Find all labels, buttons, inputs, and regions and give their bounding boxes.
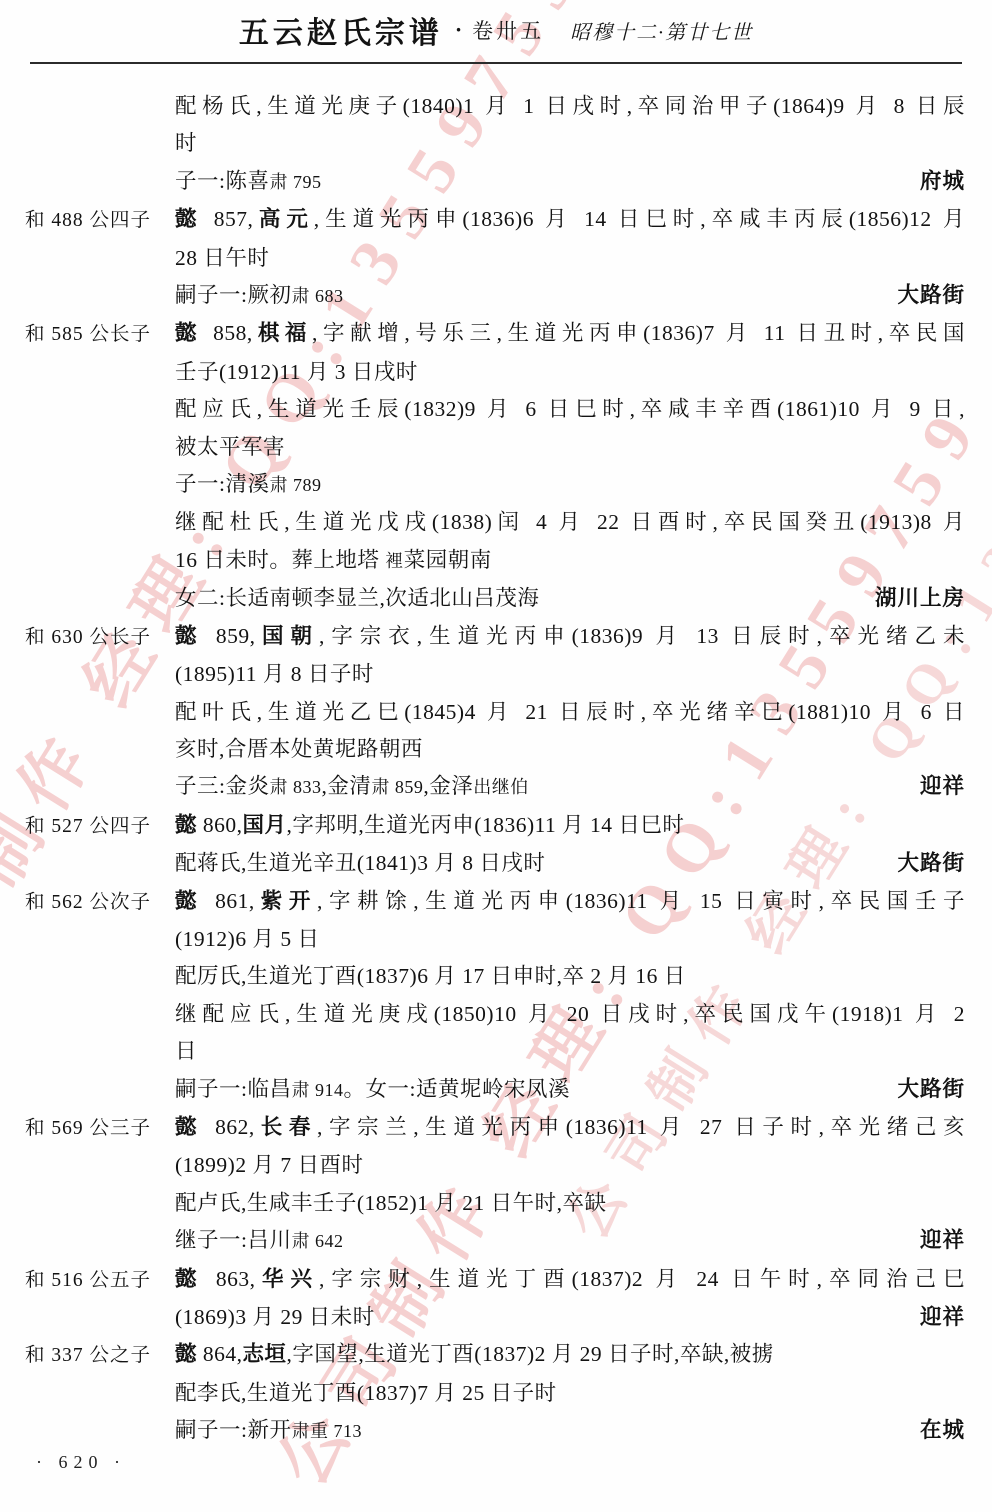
entry-text: (1895)11 月 8 日子时 [175,656,965,693]
generation-label: 和 516 公五子 [0,1262,175,1299]
residence-label: 迎祥 [920,1222,965,1259]
entry-line: 配叶氏,生道光乙巳(1845)4 月 21 日辰时,卒光绪辛巳(1881)10 … [0,694,965,731]
entry-text: (1869)3 月 29 日未时 [175,1299,910,1336]
entry-text: 配厉氏,生道光丁酉(1837)6 月 17 日申时,卒 2 月 16 日 [175,958,965,995]
entry-text: (1899)2 月 7 日酉时 [175,1147,965,1184]
residence-label: 迎祥 [920,768,965,805]
entry-text: 配李氏,生道光丁酉(1837)7 月 25 日子时 [175,1375,965,1412]
residence-label: 在城 [920,1412,965,1449]
entry-line: 和 516 公五子懿 863,华兴,字宗财,生道光丁酉(1837)2 月 24 … [0,1261,965,1299]
entry-line: 和 488 公四子懿 857,高元,生道光丙申(1836)6 月 14 日巳时,… [0,201,965,239]
entry-text: 嗣子一:厥初肃 683 [175,277,887,315]
entry-line: (1899)2 月 7 日酉时 [0,1147,965,1184]
generation-label: 和 527 公四子 [0,808,175,845]
entry-text: 配应氏,生道光壬辰(1832)9 月 6 日巳时,卒咸丰辛酉(1861)10 月… [175,391,965,428]
entry-text: 懿 858,棋福,字献增,号乐三,生道光丙申(1836)7 月 11 日丑时,卒… [175,315,965,352]
entry-text: 亥时,合厝本处黄坭路朝西 [175,731,965,768]
entry-line: 嗣子一:新开肃重 713在城 [0,1412,965,1450]
entry-text: 被太平军害 [175,429,965,466]
entry-line: 和 562 公次子懿 861,紫开,字耕馀,生道光丙申(1836)11 月 15… [0,883,965,921]
entry-text: 女二:长适南顿李显兰,次适北山吕茂海 [175,580,865,617]
page-header: 五云赵氏宗谱 · 卷卅五 昭穆十二·第廿七世 [0,0,992,60]
entry-text: 配叶氏,生道光乙巳(1845)4 月 21 日辰时,卒光绪辛巳(1881)10 … [175,694,965,731]
entry-text: 28 日午时 [175,240,965,277]
entry-line: 配应氏,生道光壬辰(1832)9 月 6 日巳时,卒咸丰辛酉(1861)10 月… [0,391,965,428]
rows: 配杨氏,生道光庚子(1840)1 月 1 日戌时,卒同治甲子(1864)9 月 … [0,88,965,1451]
entry-line: (1869)3 月 29 日未时迎祥 [0,1299,965,1336]
entry-line: 女二:长适南顿李显兰,次适北山吕茂海湖川上房 [0,580,965,617]
entry-text: 嗣子一:新开肃重 713 [175,1412,910,1450]
entry-text: 嗣子一:临昌肃 914。女一:适黄坭岭宋凤溪 [175,1071,887,1109]
entry-line: 继配杜氏,生道光戊戌(1838)闰 4 月 22 日酉时,卒民国癸丑(1913)… [0,504,965,541]
entry-line: 和 337 公之子懿 864,志垣,字国望,生道光丁酉(1837)2 月 29 … [0,1336,965,1374]
genealogy-page: 公司制作 经理: QQ:13559759 公司制作 经理: QQ:1355975… [0,0,992,1512]
entry-line: (1912)6 月 5 日 [0,921,965,958]
entry-line: 继子一:吕川肃 642迎祥 [0,1222,965,1260]
generation-label: 和 585 公长子 [0,316,175,353]
entry-text: 懿 862,长春,字宗兰,生道光丙申(1836)11 月 27 日子时,卒光绪己… [175,1109,965,1146]
entry-line: 配厉氏,生道光丁酉(1837)6 月 17 日申时,卒 2 月 16 日 [0,958,965,995]
entry-line: 和 569 公三子懿 862,长春,字宗兰,生道光丙申(1836)11 月 27… [0,1109,965,1147]
entry-text: 16 日未时。葬上地塔 裡菜园朝南 [175,542,965,580]
entry-text: 懿 859,国朝,字宗衣,生道光丙申(1836)9 月 13 日辰时,卒光绪乙未 [175,618,965,655]
title-separator-dot: · [455,17,462,43]
entry-line: 和 585 公长子懿 858,棋福,字献增,号乐三,生道光丙申(1836)7 月… [0,315,965,353]
entry-line: 子三:金炎肃 833,金清肃 859,金泽出继伯迎祥 [0,768,965,806]
entry-text: 子三:金炎肃 833,金清肃 859,金泽出继伯 [175,768,910,806]
entry-text: 配蒋氏,生道光辛丑(1841)3 月 8 日戌时 [175,845,887,882]
entry-text: 懿 861,紫开,字耕馀,生道光丙申(1836)11 月 15 日寅时,卒民国壬… [175,883,965,920]
entry-line: (1895)11 月 8 日子时 [0,656,965,693]
entry-line: 16 日未时。葬上地塔 裡菜园朝南 [0,542,965,580]
entry-line: 嗣子一:临昌肃 914。女一:适黄坭岭宋凤溪大路街 [0,1071,965,1109]
entry-text: 配杨氏,生道光庚子(1840)1 月 1 日戌时,卒同治甲子(1864)9 月 … [175,88,965,125]
entry-line: 时 [0,125,965,162]
book-title: 五云赵氏宗谱 [239,8,443,52]
entry-line: 和 527 公四子懿 860,国月,字邦明,生道光丙申(1836)11 月 14… [0,807,965,845]
residence-label: 大路街 [897,277,965,314]
entry-text: 配卢氏,生咸丰壬子(1852)1 月 21 日午时,卒缺 [175,1185,965,1222]
residence-label: 湖川上房 [875,580,965,617]
entry-text: 懿 864,志垣,字国望,生道光丁酉(1837)2 月 29 日子时,卒缺,被掳 [175,1336,965,1373]
entry-line: 子一:陈喜肃 795府城 [0,163,965,201]
page-number: · 620 · [36,1452,126,1473]
entry-line: 被太平军害 [0,429,965,466]
entry-text: 继配杜氏,生道光戊戌(1838)闰 4 月 22 日酉时,卒民国癸丑(1913)… [175,504,965,541]
entry-line: 28 日午时 [0,240,965,277]
residence-label: 大路街 [897,1071,965,1108]
entry-text: 懿 857,高元,生道光丙申(1836)6 月 14 日巳时,卒咸丰丙辰(185… [175,201,965,238]
entry-text: 懿 863,华兴,字宗财,生道光丁酉(1837)2 月 24 日午时,卒同治己巳 [175,1261,965,1298]
volume-label: 卷卅五 [472,15,544,45]
residence-label: 府城 [920,163,965,200]
entry-line: 子一:清溪肃 789 [0,466,965,504]
entry-text: 子一:陈喜肃 795 [175,163,910,201]
entry-text: 继配应氏,生道光庚戌(1850)10 月 20 日戌时,卒民国戊午(1918)1… [175,996,965,1033]
entry-line: 配李氏,生道光丁酉(1837)7 月 25 日子时 [0,1375,965,1412]
entry-line: 继配应氏,生道光庚戌(1850)10 月 20 日戌时,卒民国戊午(1918)1… [0,996,965,1033]
entry-text: 继子一:吕川肃 642 [175,1222,910,1260]
entry-line: 亥时,合厝本处黄坭路朝西 [0,731,965,768]
entry-line: 配杨氏,生道光庚子(1840)1 月 1 日戌时,卒同治甲子(1864)9 月 … [0,88,965,125]
entry-text: 日 [175,1033,965,1070]
entry-line: 嗣子一:厥初肃 683大路街 [0,277,965,315]
generation-label: 和 569 公三子 [0,1110,175,1147]
entry-text: 时 [175,125,965,162]
entry-text: 壬子(1912)11 月 3 日戌时 [175,354,965,391]
entry-line: 日 [0,1033,965,1070]
residence-label: 大路街 [897,845,965,882]
header-rule [30,62,962,64]
generation-label: 和 630 公长子 [0,619,175,656]
entry-line: 配蒋氏,生道光辛丑(1841)3 月 8 日戌时大路街 [0,845,965,882]
entry-text: 懿 860,国月,字邦明,生道光丙申(1836)11 月 14 日巳时 [175,807,965,844]
entry-line: 和 630 公长子懿 859,国朝,字宗衣,生道光丙申(1836)9 月 13 … [0,618,965,656]
generation-label: 和 562 公次子 [0,884,175,921]
generation-label: 和 337 公之子 [0,1337,175,1374]
entry-text: (1912)6 月 5 日 [175,921,965,958]
generation-label: 和 488 公四子 [0,202,175,239]
generation-section-label: 昭穆十二·第廿七世 [570,16,753,45]
entry-line: 配卢氏,生咸丰壬子(1852)1 月 21 日午时,卒缺 [0,1185,965,1222]
entry-line: 壬子(1912)11 月 3 日戌时 [0,354,965,391]
entry-text: 子一:清溪肃 789 [175,466,965,504]
residence-label: 迎祥 [920,1299,965,1336]
